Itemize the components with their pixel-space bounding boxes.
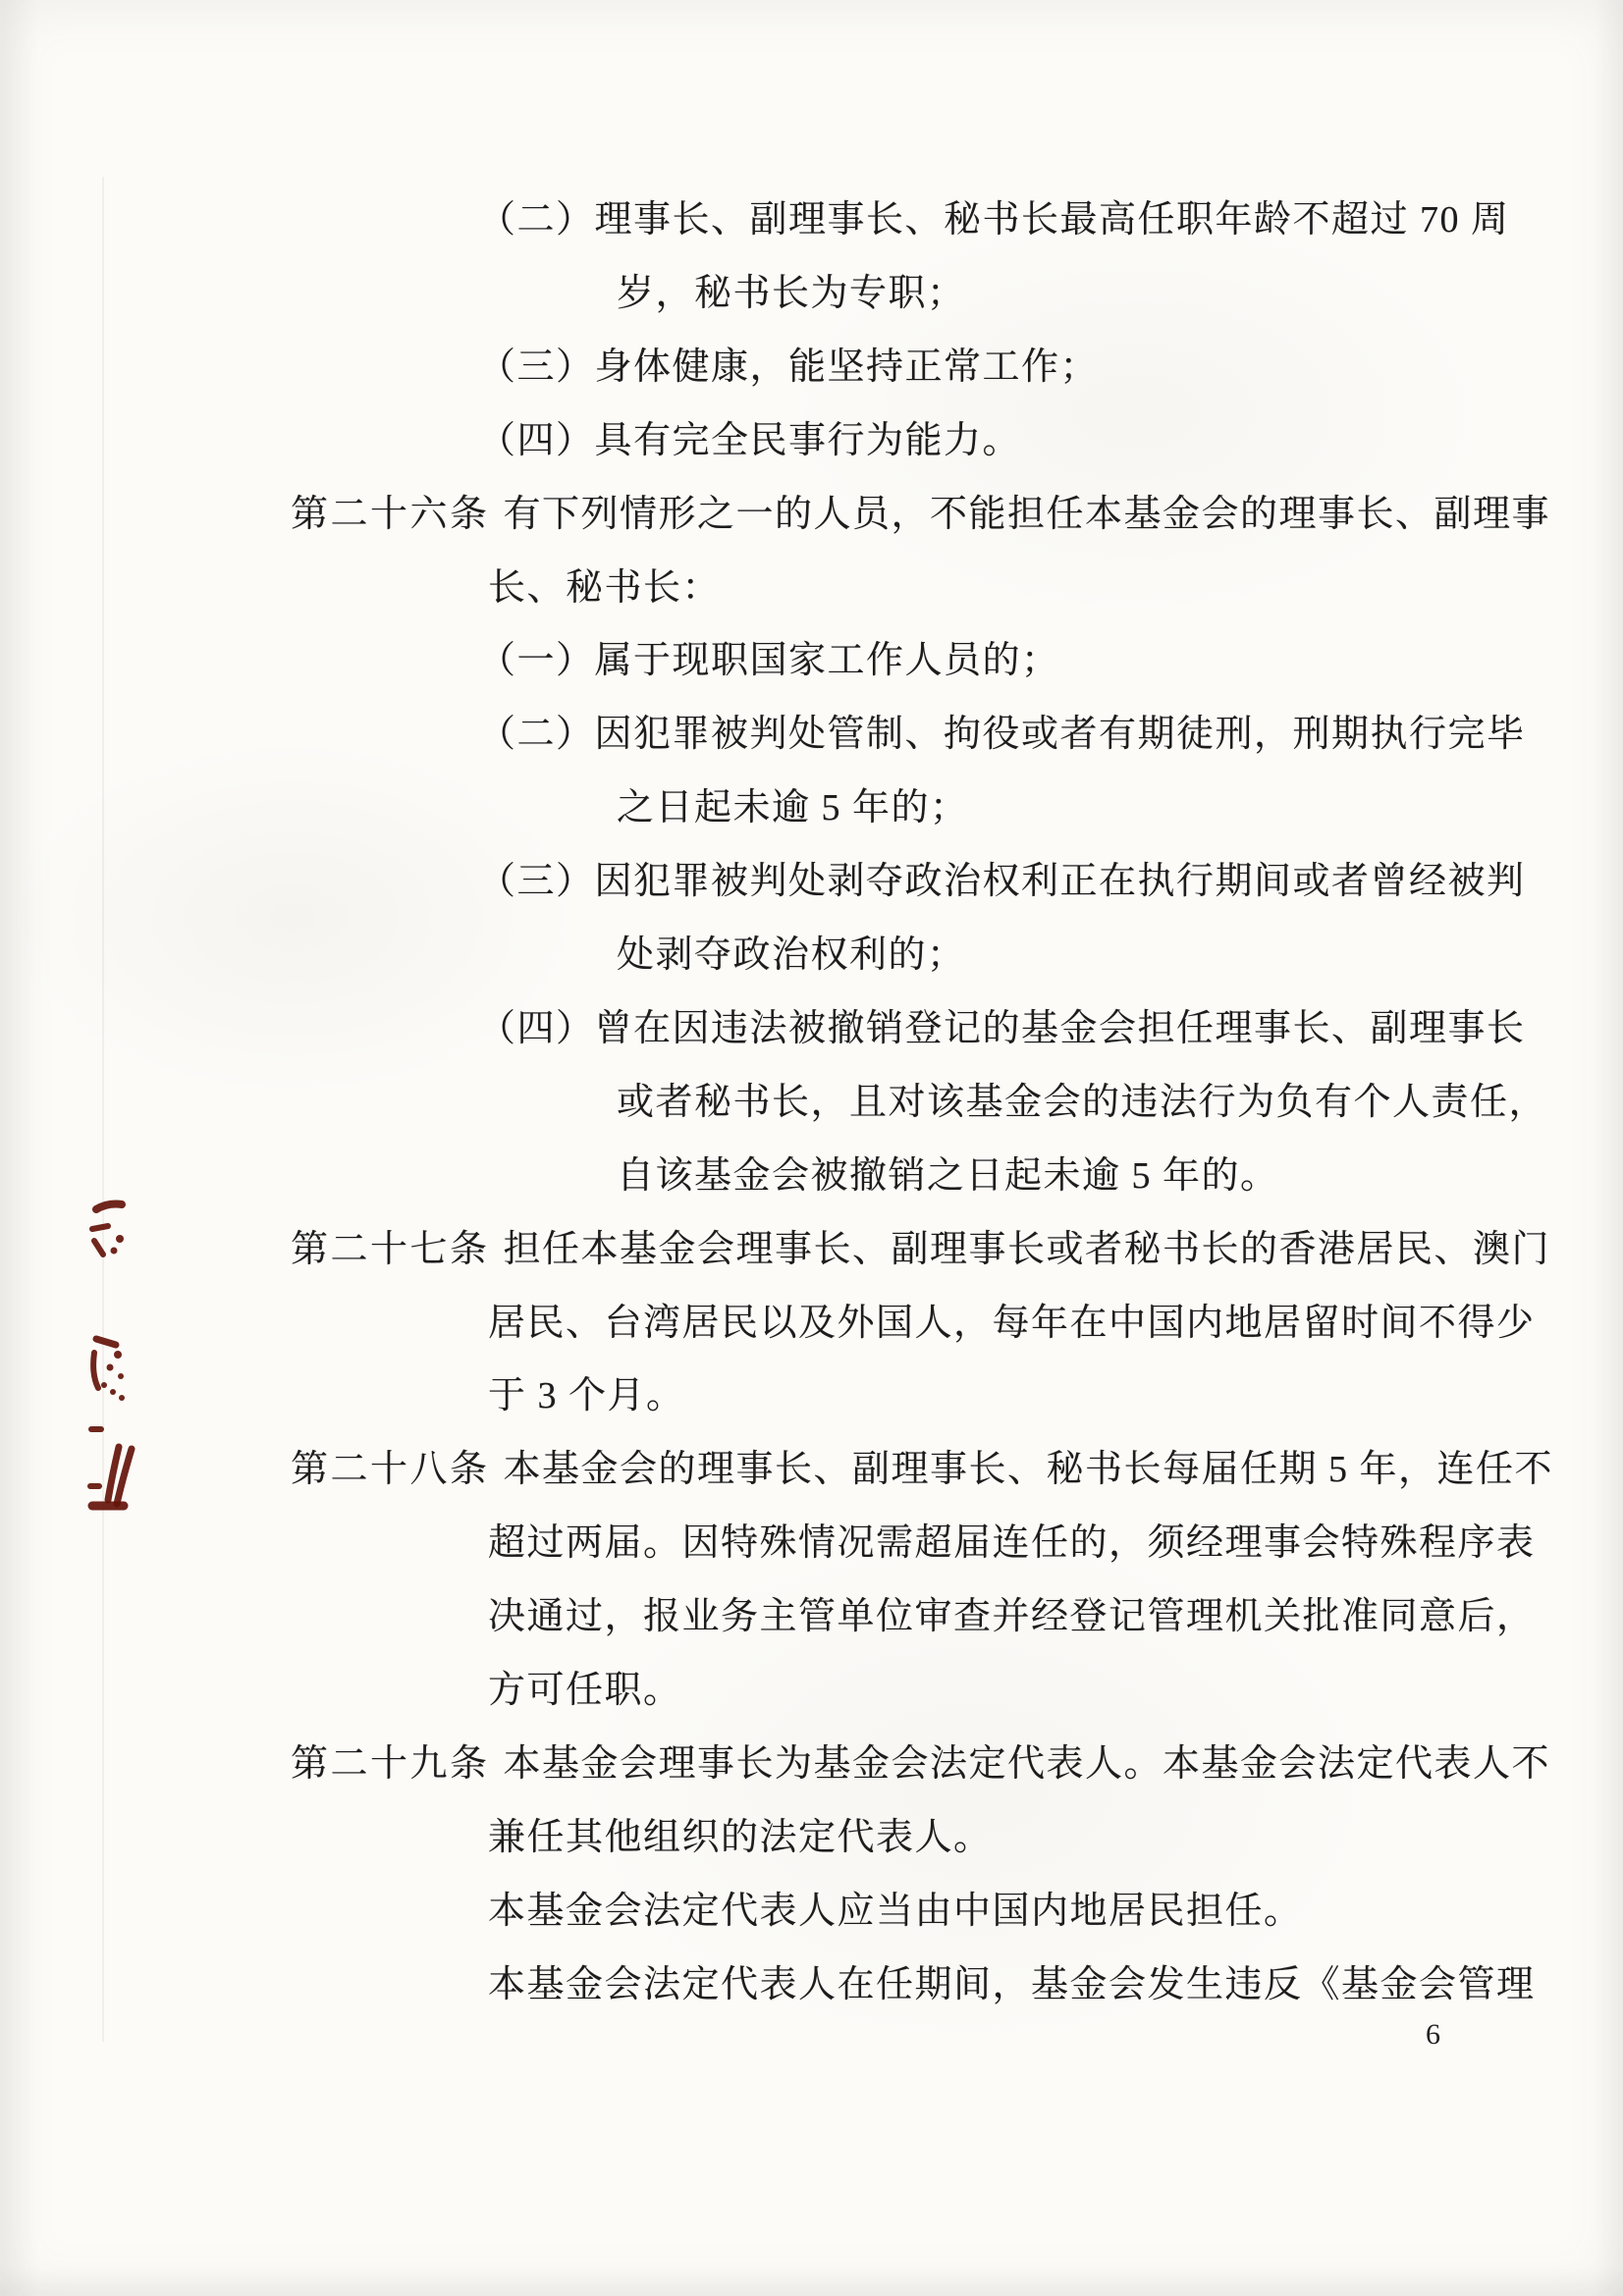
article-line: 第二十八条本基金会的理事长、副理事长、秘书长每届任期 5 年，连任不	[291, 1444, 1553, 1495]
text-line: 自该基金会被撤销之日起未逾 5 年的。	[617, 1150, 1279, 1201]
text-line: 本基金会法定代表人应当由中国内地居民担任。	[488, 1886, 1303, 1937]
article-number: 第二十六条	[291, 489, 490, 540]
line-text: 之日起未逾 5 年的；	[617, 787, 969, 828]
article-number: 第二十八条	[291, 1444, 490, 1495]
text-line: （四）具有完全民事行为能力。	[478, 415, 1021, 466]
text-line: （一）属于现职国家工作人员的；	[478, 635, 1060, 686]
text-line: （二）因犯罪被判处管制、拘役或者有期徒刑，刑期执行完毕	[478, 709, 1526, 760]
line-text: 处剥夺政治权利的；	[617, 934, 966, 976]
line-text: 方可任职。	[488, 1670, 682, 1711]
text-line: 之日起未逾 5 年的；	[617, 782, 969, 833]
line-text: 本基金会法定代表人应当由中国内地居民担任。	[488, 1891, 1303, 1932]
article-line: 第二十九条本基金会理事长为基金会法定代表人。本基金会法定代表人不	[291, 1738, 1550, 1789]
line-text: 决通过，报业务主管单位审查并经登记管理机关批准同意后，	[488, 1596, 1536, 1637]
article-number: 第二十九条	[291, 1738, 490, 1789]
line-text: 居民、台湾居民以及外国人，每年在中国内地居留时间不得少	[488, 1303, 1536, 1344]
line-text: 长、秘书长：	[488, 567, 721, 609]
text-line: 兼任其他组织的法定代表人。	[488, 1812, 993, 1863]
text-line: （四）曾在因违法被撤销登记的基金会担任理事长、副理事长	[478, 1003, 1526, 1054]
line-text: （三）因犯罪被判处剥夺政治权利正在执行期间或者曾经被判	[478, 861, 1526, 902]
article-number: 第二十七条	[291, 1224, 490, 1275]
text-line: 岁，秘书长为专职；	[617, 268, 966, 319]
article-line: 第二十七条担任本基金会理事长、副理事长或者秘书长的香港居民、澳门	[291, 1224, 1550, 1275]
line-text: 本基金会理事长为基金会法定代表人。本基金会法定代表人不	[504, 1743, 1551, 1785]
line-text: （三）身体健康，能坚持正常工作；	[478, 347, 1099, 388]
document-page: （二）理事长、副理事长、秘书长最高任职年龄不超过 70 周岁，秘书长为专职；（三…	[0, 0, 1623, 2296]
line-text: （四）曾在因违法被撤销登记的基金会担任理事长、副理事长	[478, 1008, 1526, 1049]
line-text: 自该基金会被撤销之日起未逾 5 年的。	[617, 1155, 1279, 1197]
text-line: 本基金会法定代表人在任期间，基金会发生违反《基金会管理	[488, 1959, 1536, 2010]
line-text: 超过两届。因特殊情况需超届连任的，须经理事会特殊程序表	[488, 1522, 1536, 1564]
line-text: 兼任其他组织的法定代表人。	[488, 1817, 993, 1858]
line-text: 本基金会法定代表人在任期间，基金会发生违反《基金会管理	[488, 1964, 1536, 2005]
line-text: （四）具有完全民事行为能力。	[478, 420, 1021, 461]
text-line: 于 3 个月。	[488, 1370, 685, 1421]
text-line: 处剥夺政治权利的；	[617, 930, 966, 981]
text-line: （三）身体健康，能坚持正常工作；	[478, 342, 1099, 393]
line-text: 担任本基金会理事长、副理事长或者秘书长的香港居民、澳门	[504, 1229, 1551, 1270]
line-text: （一）属于现职国家工作人员的；	[478, 640, 1060, 681]
text-line: （三）因犯罪被判处剥夺政治权利正在执行期间或者曾经被判	[478, 856, 1526, 907]
text-line: 居民、台湾居民以及外国人，每年在中国内地居留时间不得少	[488, 1298, 1536, 1349]
page-number: 6	[1426, 2018, 1440, 2052]
line-text: 于 3 个月。	[488, 1375, 685, 1416]
line-text: （二）因犯罪被判处管制、拘役或者有期徒刑，刑期执行完毕	[478, 714, 1526, 755]
text-line: 方可任职。	[488, 1665, 682, 1716]
text-line: （二）理事长、副理事长、秘书长最高任职年龄不超过 70 周	[478, 194, 1510, 245]
line-text: （二）理事长、副理事长、秘书长最高任职年龄不超过 70 周	[478, 199, 1510, 240]
text-line: 长、秘书长：	[488, 562, 721, 614]
article-line: 第二十六条有下列情形之一的人员，不能担任本基金会的理事长、副理事	[291, 489, 1550, 540]
text-line: 或者秘书长，且对该基金会的违法行为负有个人责任，	[617, 1077, 1547, 1128]
line-text: 有下列情形之一的人员，不能担任本基金会的理事长、副理事	[504, 494, 1551, 535]
text-layer: （二）理事长、副理事长、秘书长最高任职年龄不超过 70 周岁，秘书长为专职；（三…	[0, 0, 1623, 2296]
text-line: 超过两届。因特殊情况需超届连任的，须经理事会特殊程序表	[488, 1518, 1536, 1569]
line-text: 岁，秘书长为专职；	[617, 273, 966, 314]
line-text: 或者秘书长，且对该基金会的违法行为负有个人责任，	[617, 1082, 1547, 1123]
line-text: 本基金会的理事长、副理事长、秘书长每届任期 5 年，连任不	[504, 1449, 1554, 1490]
text-line: 决通过，报业务主管单位审查并经登记管理机关批准同意后，	[488, 1591, 1536, 1642]
